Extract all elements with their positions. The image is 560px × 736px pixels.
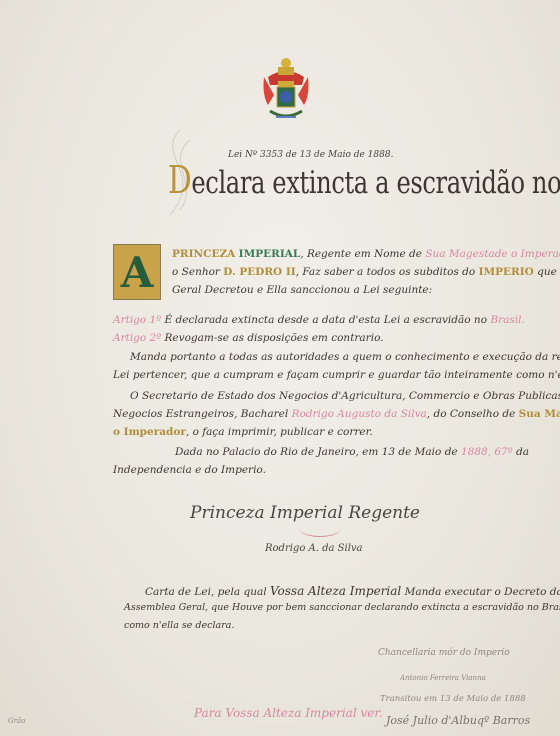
body-p1-line1: Manda portanto a todas as autoridades a … bbox=[130, 351, 560, 363]
body-p2-line3: o Imperador, o faça imprimir, publicar e… bbox=[113, 426, 373, 438]
red-seal-mark bbox=[300, 522, 340, 537]
crown-crest-icon bbox=[258, 55, 314, 127]
body-p1-line2: Lei pertencer, que a cumpram e façam cum… bbox=[113, 369, 560, 381]
imperial-coat-of-arms bbox=[258, 55, 314, 127]
article-2: Artigo 2º Revogam-se as disposições em c… bbox=[113, 332, 384, 344]
body-p3-line2: Independencia e do Imperio. bbox=[113, 464, 266, 476]
chancery-line-1: Chancellaria mór do Imperio bbox=[378, 648, 510, 658]
article-1: Artigo 1º É declarada extincta desde a d… bbox=[113, 314, 525, 326]
preamble-line-1: PRINCEZA IMPERIAL, Regente em Nome de Su… bbox=[172, 248, 560, 260]
illuminated-initial: A bbox=[113, 244, 161, 300]
body-p2-line1: O Secretario de Estado dos Negocios d'Ag… bbox=[130, 390, 560, 402]
closing-line-3: como n'ella se declara. bbox=[124, 620, 234, 631]
minister-signature: Rodrigo A. da Silva bbox=[265, 543, 363, 554]
body-p2-line2: Negocios Estrangeiros, Bacharel Rodrigo … bbox=[113, 408, 560, 420]
body-p3-line1: Dada no Palacio do Rio de Janeiro, em 13… bbox=[175, 446, 529, 458]
chancery-signature: José Julio d'Albuqº Barros bbox=[386, 714, 530, 727]
document-title: Declara extincta a escravidão no Brasil bbox=[168, 158, 560, 202]
chancery-line-2: Antonio Ferreira Vianna bbox=[400, 674, 486, 682]
pink-closing-line: Para Vossa Alteza Imperial ver. bbox=[194, 706, 383, 720]
closing-line-1: Carta de Lei, pela qual Vossa Alteza Imp… bbox=[145, 584, 560, 598]
title-text: eclara extincta a escravidão no bbox=[191, 165, 560, 201]
preamble-line-2: o Senhor D. PEDRO II, Faz saber a todos … bbox=[172, 266, 560, 278]
chancery-line-3: Transitou em 13 de Maio de 1888 bbox=[380, 694, 526, 704]
corner-mark: Grão bbox=[8, 717, 25, 725]
title-initial: D bbox=[168, 158, 191, 202]
preamble-line-3: Geral Decretou e Ella sanccionou a Lei s… bbox=[172, 284, 432, 296]
regent-signature: Princeza Imperial Regente bbox=[190, 503, 420, 523]
closing-line-2: Assemblea Geral, que Houve por bem sancc… bbox=[124, 602, 560, 613]
